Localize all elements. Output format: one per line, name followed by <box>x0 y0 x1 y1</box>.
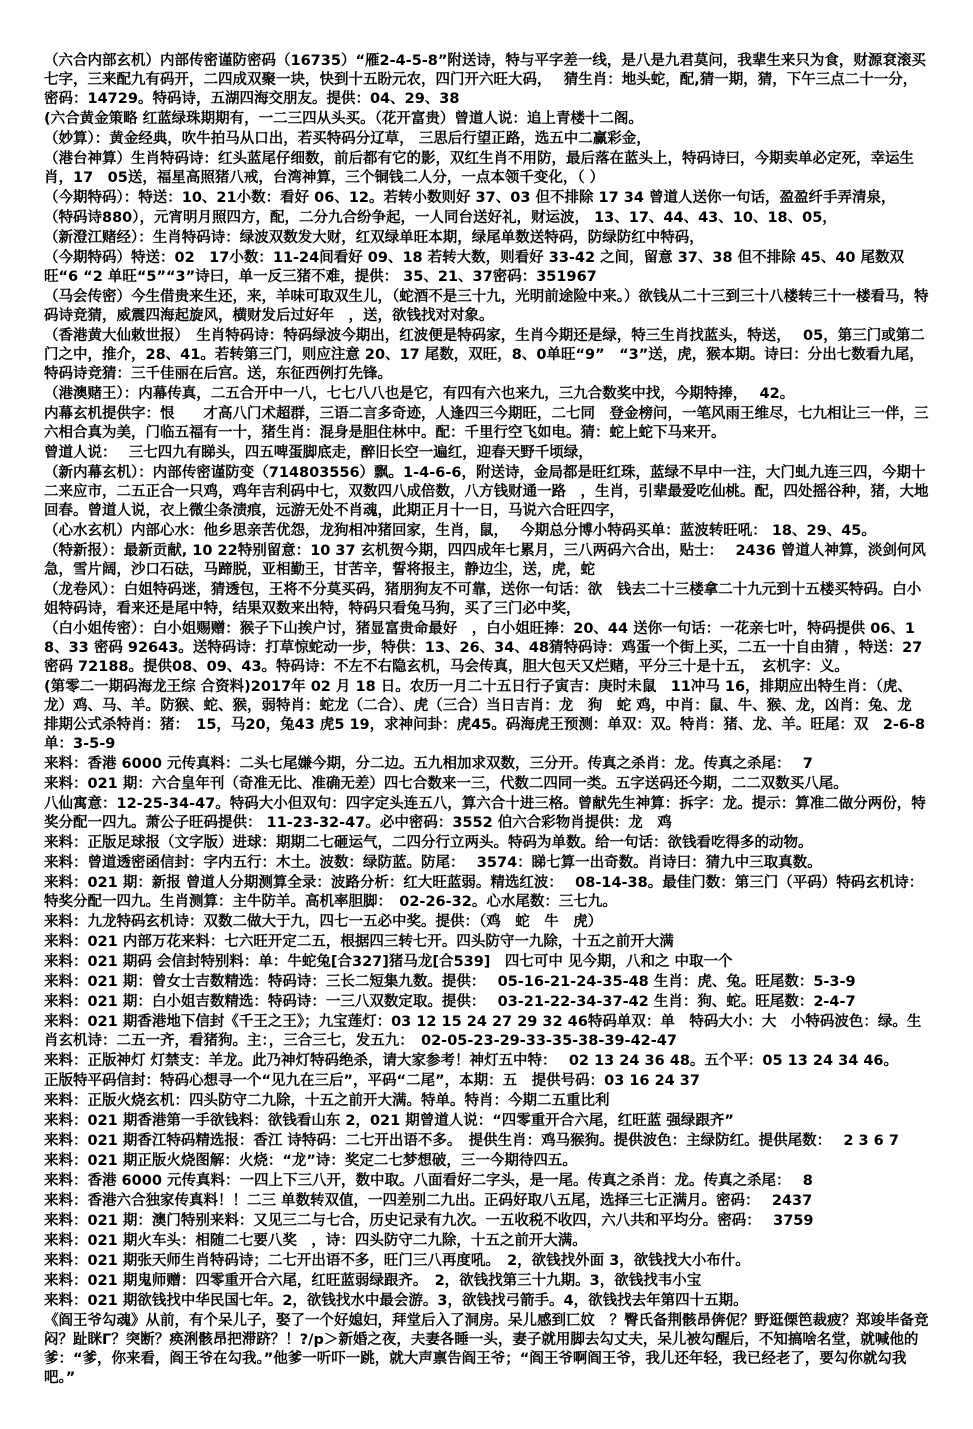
text-line: 来料：曾道透密函信封：字内五行：木土。波数：绿防蓝。防尾： 3574：睇七算一出… <box>44 854 931 873</box>
text-line: （马会传密）今生借贵来生还，来，羊味可取双生儿，（蛇酒不是三十九，光明前途险中来… <box>44 288 931 326</box>
text-line: 来料：021 期鬼师赠：四零重开合六尾，红旺蓝弱绿跟齐。 2，欲钱找第三十九期。… <box>44 1272 931 1291</box>
text-line: 来料：021 期：白小姐吉数精选：特码诗：一三八双数定取。提供： 03-21-2… <box>44 993 931 1012</box>
text-line: 来料：香港六合独家传真料！！二三 单数转双值，一四差别二九出。正码好取八五尾，选… <box>44 1192 931 1211</box>
text-line: （新澄江赌经）：生肖特码诗：绿波双数发大财，红双绿单旺本期，绿尾单数送特码，防绿… <box>44 229 931 248</box>
text-line: (六合黄金策略 红蓝绿珠期期有，一二三四从头买。（花开富贵）曾道人说：追上青楼十… <box>44 110 931 129</box>
text-line: 来料：021 期正版火烧图解：火烧：“龙”诗：奖定二七梦想破，三一今期待四五。 <box>44 1152 931 1171</box>
text-line: 内幕玄机提供字：恨 才高八门术超群，三语二言多奇迹，人逢四三今期旺，二七同 登金… <box>44 405 931 443</box>
text-line: 来料：正版火烧玄机：四头防守二九除，十五之前开大满。特单。特肖：今期二五重比利 <box>44 1092 931 1111</box>
text-line: 来料：九龙特码玄机诗：双数二做大于九，四七一五必中奖。提供：（鸡 蛇 牛 虎） <box>44 913 931 932</box>
text-line: 八仙寓意：12-25-34-47。特码大小但双句：四字定头连五八，算六合十进三格… <box>44 795 931 833</box>
text-line: （心水玄机）内部心水：他乡思亲苦优怨，龙狗相冲猪回家，生肖，鼠， 今期总分博小特… <box>44 522 931 541</box>
text-line: （新内幕玄机）：内部传密谨防变（714803556）飘。1-4-6-6，附送诗，… <box>44 464 931 521</box>
text-line: （今期特码）：特送：10、21小数：看好 06、12。若转小数则好 37、03 … <box>44 189 931 208</box>
text-line: 来料：021 期：六合皇年刊（奇准无比、准确无差）四七合数来一三，代数二四同一类… <box>44 775 931 794</box>
lottery-tip-sheet-page: （六合内部玄机）内部传密谨防密码（16735）“雁2-4-5-8”附送诗，特与平… <box>0 0 973 1429</box>
text-line: 来料：021 期码 会信封特别料：单：牛蛇兔[合327]猪马龙[合539] 四七… <box>44 953 931 972</box>
text-line: 来料：021 内部万花来料：七六旺开定二五，根据四三转七开。四头防守一九除，十五… <box>44 933 931 952</box>
text-line: 来料：021 期欲钱找中华民国七年。2，欲钱找水中最会游。3，欲钱找弓箭手。4，… <box>44 1292 931 1311</box>
text-line: （港澳赌王）：内幕传真，二五合开中一八，七七八八也是它，有四有六也来九，三九合数… <box>44 385 931 404</box>
text-line: 曾道人说： 三七四九有睇头，四五啤蛋脚底走，醉旧长空一遍红，迎春天野千顷绿， <box>44 444 931 463</box>
text-line: 正版特平码信封：特码心想寻一个“见九在三后”，平码“二尾”，本期：五 提供号码：… <box>44 1072 931 1091</box>
text-line: (第零二一期码海龙王综 合资料)2017年 02 月 18 日。农历一月二十五日… <box>44 678 931 754</box>
text-line: 来料：021 期香江特码精选报：香江 诗特码：二七开出语不多。 提供生肖：鸡马猴… <box>44 1132 931 1151</box>
text-line: 来料：021 期香港地下信封《千王之王》；九宝莲灯：03 12 15 24 27… <box>44 1013 931 1051</box>
text-line: （港台神算）生肖特码诗：红头蓝尾仔细数，前后都有它的影，双红生肖不用防，最后落在… <box>44 150 931 188</box>
text-line: （今期特码）特送：02 17小数：11-24间看好 09、18 若转大数，则看好… <box>44 249 931 287</box>
text-line: 来料：021 期张天师生肖特码诗；二七开出语不多，旺门三八再度吼。 2，欲钱找外… <box>44 1252 931 1271</box>
text-line: 来料：021 期火车头：相随二七要八奖 ，诗：四头防守二九除，十五之前开大满。 <box>44 1232 931 1251</box>
text-line: 《阎王爷勾魂》从前，有个呆儿子，娶了一个好媳妇，拜堂后入了洞房。呆儿感到匸妏 ？… <box>44 1312 931 1388</box>
text-line: （特码诗880），元宵明月照四方，配，二分九合纷争起，一人同台送好礼，财运波， … <box>44 209 931 228</box>
text-line: 来料：正版神灯 灯禁支：羊龙。此乃神灯特码绝杀，请大家参考！神灯五中特： 02 … <box>44 1052 931 1071</box>
text-line: 来料：021 期：澳门特别来料：又见三二与七合，历史记录有九次。一五收税不收四，… <box>44 1212 931 1231</box>
text-line: （龙卷风）：白姐特码迷，猜透包，王将不分莫买码，猪朋狗友不可靠，送你一句话：欲 … <box>44 581 931 619</box>
text-line: 来料：021 期香港第一手欲钱料：欲钱看山东 2，021 期曾道人说：“四零重开… <box>44 1112 931 1131</box>
text-line: （白小姐传密）：白小姐赐赠：猴子下山挨户讨，猪显富贵命最好 ，白小姐旺捧：20、… <box>44 620 931 677</box>
text-line: （六合内部玄机）内部传密谨防密码（16735）“雁2-4-5-8”附送诗，特与平… <box>44 52 931 109</box>
text-line: 来料：021 期：新报 曾道人分期测算全录：波路分析：红大旺蓝弱。精选红波： 0… <box>44 874 931 912</box>
document-text-body: （六合内部玄机）内部传密谨防密码（16735）“雁2-4-5-8”附送诗，特与平… <box>44 52 931 1388</box>
text-line: （香港黄大仙敕世报） 生肖特码诗：特码绿波今期出，红波便是特码家，生肖今期还是绿… <box>44 327 931 384</box>
text-line: （妙算）：黄金经典，吹牛拍马从口出，若买特码分辽草， 三思后行望正路，选五中二赢… <box>44 130 931 149</box>
text-line: 来料：香港 6000 元传真料：二头七尾嫌今期，分二边。五九相加求双数，三分开。… <box>44 755 931 774</box>
text-line: 来料：香港 6000 元传真料：一四上下三八开，数中取。八面看好二字头，是一尾。… <box>44 1172 931 1191</box>
text-line: （特新报）：最新贡献, 10 22特别留意：10 37 玄机贺今期，四四成年七累… <box>44 542 931 580</box>
text-line: 来料：正版足球报（文字版）进球：期期二七砸运气，二四分行立两头。特码为单数。给一… <box>44 834 931 853</box>
text-line: 来料：021 期：曾女士吉数精选：特码诗：三长二短集九数。提供： 05-16-2… <box>44 973 931 992</box>
